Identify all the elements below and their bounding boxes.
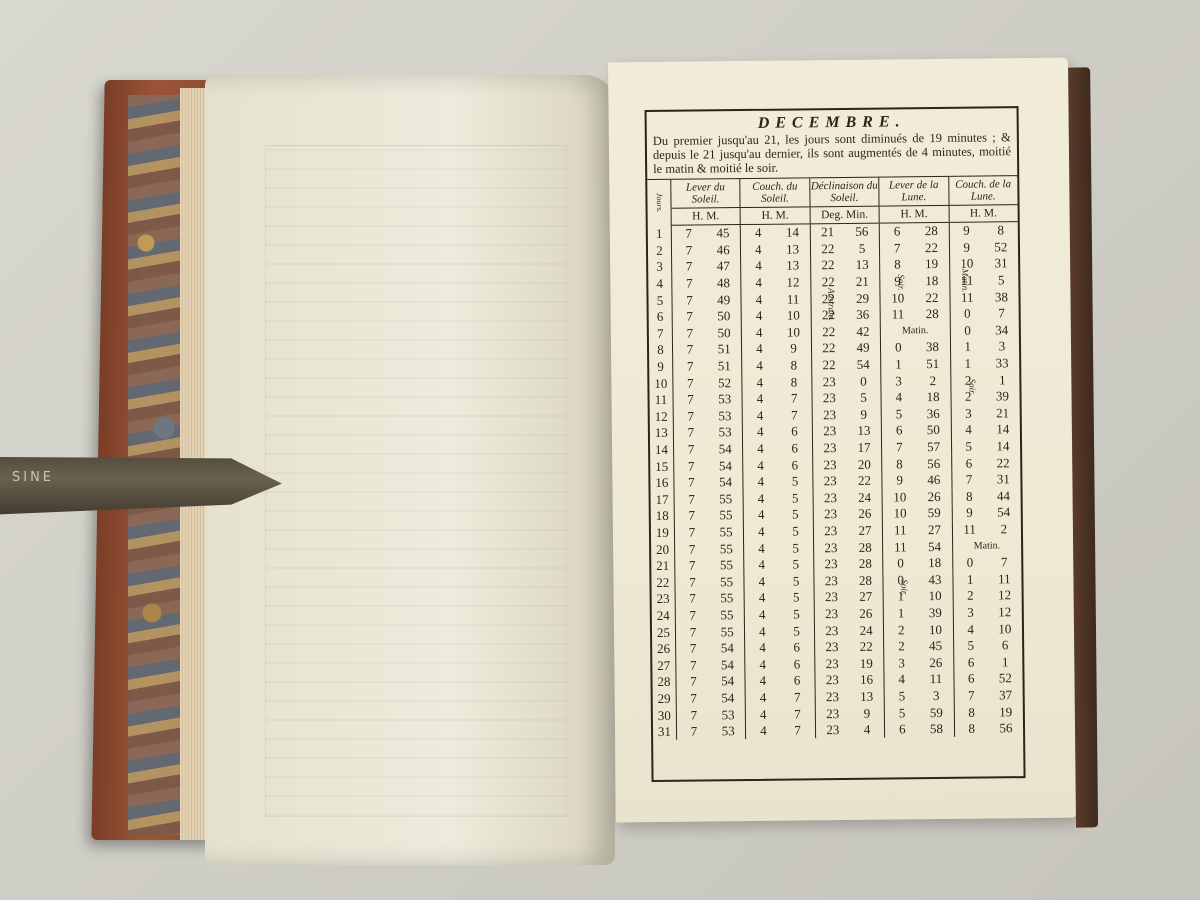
cell-sr-h: 7 — [674, 491, 709, 508]
cell-mr-h: 2 — [884, 621, 919, 638]
cell-dec-d: 23 — [814, 589, 849, 606]
cell-sr-m: 54 — [710, 673, 745, 690]
cell-sr-m: 53 — [708, 408, 743, 425]
cell-dec-m: 22 — [849, 638, 884, 655]
cell-mr-m: 58 — [919, 721, 954, 738]
cell-day: 21 — [651, 558, 675, 575]
cell-ms-h: 3 — [951, 405, 986, 422]
cell-sr-m: 46 — [706, 242, 741, 259]
cell-sr-m: 55 — [709, 507, 744, 524]
cell-dec-m: 13 — [850, 688, 885, 705]
cell-sr-h: 7 — [674, 507, 709, 524]
cell-sr-h: 7 — [674, 524, 709, 541]
cell-mr-m: 26 — [917, 488, 952, 505]
cell-sr-m: 53 — [711, 706, 746, 723]
cell-ms-m: 38 — [984, 289, 1018, 306]
cell-dec-d: 23 — [814, 639, 849, 656]
cell-mr-h: 6 — [879, 223, 914, 240]
cell-dec-d: 23 — [812, 440, 847, 457]
moonrise-soir-label: Soir. — [896, 274, 906, 290]
cell-sr-h: 7 — [671, 259, 706, 276]
cell-ms-m: 1 — [985, 371, 1019, 388]
cell-ms-m: 6 — [988, 637, 1022, 654]
cell-ss-h: 4 — [742, 407, 777, 424]
cell-dec-m: 4 — [850, 721, 885, 738]
cell-mr-m: 38 — [915, 339, 950, 356]
cell-ss-m: 10 — [776, 324, 811, 341]
cell-ms-h: 5 — [953, 637, 988, 654]
cell-sr-m: 50 — [707, 308, 742, 325]
cell-mr-h: 3 — [881, 373, 916, 390]
cell-sr-h: 7 — [673, 375, 708, 392]
cell-mr-m: 51 — [915, 356, 950, 373]
cell-dec-d: 23 — [815, 672, 850, 689]
cell-dec-d: 23 — [814, 606, 849, 623]
cell-ms-h: 1 — [950, 339, 985, 356]
cell-ss-m: 9 — [776, 340, 811, 357]
cell-ss-h: 4 — [744, 557, 779, 574]
book-cover-right-edge — [1068, 67, 1098, 827]
cell-ss-h: 4 — [745, 606, 780, 623]
cell-ss-m: 7 — [777, 390, 812, 407]
cell-sr-m: 54 — [708, 474, 743, 491]
cell-ss-h: 4 — [741, 308, 776, 325]
cell-ss-h: 4 — [741, 241, 776, 258]
cell-dec-m: 36 — [846, 307, 881, 324]
cell-mr-m: 59 — [917, 505, 952, 522]
cell-ss-h: 4 — [742, 374, 777, 391]
cell-mr-m: 46 — [917, 472, 952, 489]
cell-ms-m: 33 — [985, 355, 1019, 372]
cell-dec-m: 24 — [847, 489, 882, 506]
cell-ss-h: 4 — [745, 689, 780, 706]
cell-sr-m: 55 — [710, 607, 745, 624]
cell-dec-m: 9 — [847, 406, 882, 423]
cell-ss-h: 4 — [743, 457, 778, 474]
cell-sr-h: 7 — [675, 624, 710, 641]
cell-sr-m: 50 — [707, 325, 742, 342]
cell-dec-d: 23 — [812, 423, 847, 440]
left-page — [205, 75, 615, 865]
cell-ss-h: 4 — [745, 623, 780, 640]
cell-ss-m: 6 — [777, 440, 812, 457]
cell-sr-h: 7 — [672, 308, 707, 325]
cell-dec-d: 23 — [815, 705, 850, 722]
cell-dec-d: 23 — [813, 506, 848, 523]
cell-ss-m: 13 — [775, 241, 810, 258]
cell-mr-m: 22 — [914, 239, 949, 256]
cell-sr-h: 7 — [676, 690, 711, 707]
cell-sr-h: 7 — [676, 707, 711, 724]
cell-ms-m: 7 — [984, 305, 1018, 322]
cell-dec-m: 21 — [845, 273, 880, 290]
cell-sr-m: 55 — [709, 524, 744, 541]
almanac-table-frame: DECEMBRE. Du premier jusqu'au 21, les jo… — [645, 106, 1026, 782]
moonset-soir-label: Soir. — [967, 379, 977, 395]
knife-engraving: SINE — [12, 470, 54, 485]
cell-ms-h: 9 — [949, 222, 984, 239]
cell-sr-h: 7 — [672, 292, 707, 309]
cell-day: 1 — [648, 225, 672, 242]
cell-mr-h: 8 — [882, 456, 917, 473]
cell-ms-m: 11 — [987, 571, 1021, 588]
cell-dec-m: 22 — [847, 472, 882, 489]
cell-mr-h: 5 — [881, 406, 916, 423]
cell-ss-h: 4 — [742, 391, 777, 408]
cell-mr-h: 1 — [883, 605, 918, 622]
cell-dec-m: 5 — [845, 240, 880, 257]
cell-sr-h: 7 — [672, 358, 707, 375]
sub-header-sunrise: H. M. — [671, 208, 741, 226]
cell-sr-h: 7 — [675, 557, 710, 574]
cell-ms-h: 6 — [951, 455, 986, 472]
cell-sr-m: 53 — [711, 723, 746, 740]
cell-ms-h: 3 — [953, 604, 988, 621]
cell-sr-h: 7 — [676, 657, 711, 674]
cell-dec-d: 23 — [812, 390, 847, 407]
cell-day: 3 — [648, 259, 672, 276]
cell-ms-m: 37 — [988, 687, 1022, 704]
cell-ss-m: 13 — [776, 258, 811, 275]
cell-mr-m: 3 — [919, 687, 954, 704]
cell-sr-h: 7 — [672, 342, 707, 359]
cell-ms-h: 4 — [951, 422, 986, 439]
cell-ms-h: 8 — [952, 488, 987, 505]
cell-day: 31 — [653, 724, 677, 741]
cell-dec-d: 23 — [813, 523, 848, 540]
cell-ss-h: 4 — [743, 440, 778, 457]
cell-ms-h: 6 — [954, 671, 989, 688]
cell-mr-m: 18 — [916, 389, 951, 406]
cell-ss-h: 4 — [746, 706, 781, 723]
cell-mr-m: 10 — [918, 588, 953, 605]
cell-ms-m: 31 — [986, 471, 1020, 488]
cell-ss-h: 4 — [741, 274, 776, 291]
cell-ss-m: 5 — [778, 490, 813, 507]
cell-ms-m: 12 — [988, 604, 1022, 621]
cell-dec-d: 23 — [812, 456, 847, 473]
cell-mr-m: 39 — [918, 605, 953, 622]
cell-ss-h: 4 — [744, 523, 779, 540]
cell-ss-h: 4 — [744, 573, 779, 590]
cell-ss-m: 12 — [776, 274, 811, 291]
cell-day: 28 — [652, 674, 676, 691]
cell-day: 5 — [648, 292, 672, 309]
cell-day: 18 — [651, 508, 675, 525]
almanac-table: Jours. Lever du Soleil. Couch. du Soleil… — [647, 176, 1023, 740]
cell-dec-m: 13 — [845, 257, 880, 274]
cell-mr-m: 2 — [916, 372, 951, 389]
cell-dec-m: 54 — [846, 356, 881, 373]
cell-ss-m: 5 — [779, 589, 814, 606]
cell-day: 8 — [649, 342, 673, 359]
cell-mr-h: 11 — [883, 538, 918, 555]
cell-day: 7 — [649, 325, 673, 342]
cell-dec-d: 23 — [813, 556, 848, 573]
cell-sr-h: 7 — [675, 640, 710, 657]
cell-ss-m: 7 — [780, 706, 815, 723]
cell-ms-h: Matin. — [952, 537, 1021, 554]
cell-mr-m: 10 — [918, 621, 953, 638]
cell-ms-m: 10 — [988, 620, 1022, 637]
cell-sr-h: 7 — [676, 723, 711, 740]
cell-ss-m: 7 — [777, 407, 812, 424]
cell-dec-d: 22 — [811, 340, 846, 357]
cell-day: 11 — [649, 392, 673, 409]
cell-ms-h: 6 — [953, 654, 988, 671]
cell-mr-h: 0 — [881, 339, 916, 356]
cell-sr-m: 54 — [708, 457, 743, 474]
cell-dec-m: 20 — [847, 456, 882, 473]
cell-sr-h: 7 — [674, 541, 709, 558]
cell-sr-m: 53 — [708, 424, 743, 441]
cell-ms-m: 14 — [986, 438, 1020, 455]
cell-sr-m: 49 — [706, 291, 741, 308]
cell-ss-h: 4 — [745, 640, 780, 657]
cell-dec-m: 26 — [848, 506, 883, 523]
sub-header-sunset: H. M. — [740, 207, 810, 225]
cell-mr-h: 2 — [884, 638, 919, 655]
cell-day: 30 — [653, 707, 677, 724]
cell-ms-m: 56 — [989, 720, 1023, 737]
cell-mr-m: 45 — [918, 638, 953, 655]
cell-mr-h: 6 — [885, 721, 920, 738]
moonrise-soir-label-2: Soir. — [899, 579, 909, 595]
cell-ms-m: 21 — [985, 405, 1019, 422]
cell-mr-h: 1 — [881, 356, 916, 373]
declination-note: Australe. — [826, 288, 836, 321]
cell-ms-m: 22 — [986, 454, 1020, 471]
cell-sr-m: 52 — [707, 374, 742, 391]
cell-day: 17 — [651, 491, 675, 508]
cell-day: 27 — [652, 657, 676, 674]
cell-mr-h: 9 — [882, 472, 917, 489]
cell-ss-h: 4 — [742, 357, 777, 374]
cell-dec-m: 27 — [848, 522, 883, 539]
cell-dec-d: 23 — [813, 473, 848, 490]
cell-ms-m: 8 — [984, 222, 1018, 239]
cell-mr-m: 11 — [919, 671, 954, 688]
cell-mr-m: 22 — [915, 289, 950, 306]
cell-ss-m: 5 — [778, 473, 813, 490]
cell-ms-m: 14 — [986, 421, 1020, 438]
cell-dec-d: 23 — [812, 373, 847, 390]
cell-sr-h: 7 — [671, 242, 706, 259]
cell-ss-h: 4 — [743, 474, 778, 491]
cell-ss-m: 5 — [779, 540, 814, 557]
cell-ss-h: 4 — [745, 673, 780, 690]
cell-mr-h: 7 — [882, 439, 917, 456]
cell-dec-m: 28 — [848, 539, 883, 556]
cell-ms-h: 1 — [952, 571, 987, 588]
cell-ss-m: 5 — [779, 573, 814, 590]
cell-ms-h: 5 — [951, 438, 986, 455]
cell-sr-m: 54 — [710, 656, 745, 673]
header-row: Jours. Lever du Soleil. Couch. du Soleil… — [647, 176, 1017, 208]
cell-sr-m: 54 — [708, 441, 743, 458]
cell-ms-h: 0 — [950, 322, 985, 339]
cell-ms-h: 8 — [954, 704, 989, 721]
cell-ms-h: 9 — [952, 505, 987, 522]
cell-ms-h: 11 — [952, 521, 987, 538]
cell-ss-m: 10 — [776, 307, 811, 324]
cell-dec-m: 9 — [850, 705, 885, 722]
cell-day: 29 — [653, 690, 677, 707]
cell-day: 15 — [650, 458, 674, 475]
cell-ss-m: 5 — [779, 556, 814, 573]
cell-ms-h: 1 — [950, 355, 985, 372]
cell-dec-d: 22 — [811, 324, 846, 341]
cell-dec-m: 24 — [849, 622, 884, 639]
cell-mr-m: 28 — [915, 306, 950, 323]
cell-ss-h: 4 — [741, 291, 776, 308]
cell-ms-h: 9 — [949, 239, 984, 256]
cell-sr-m: 54 — [711, 690, 746, 707]
cell-dec-d: 23 — [815, 689, 850, 706]
cell-ss-h: 4 — [744, 590, 779, 607]
cell-mr-h: 5 — [884, 704, 919, 721]
cell-dec-d: 23 — [815, 722, 850, 739]
cell-ms-m: 44 — [986, 488, 1020, 505]
cell-ss-m: 5 — [778, 523, 813, 540]
cell-ms-m: 31 — [984, 255, 1018, 272]
cell-sr-h: 7 — [673, 441, 708, 458]
cell-ss-m: 5 — [778, 506, 813, 523]
cell-ms-m: 2 — [987, 521, 1021, 538]
cell-ss-m: 7 — [780, 722, 815, 739]
show-through-text — [265, 145, 567, 817]
col-header-sunrise: Lever du Soleil. — [671, 179, 741, 208]
cell-mr-m: 19 — [914, 256, 949, 273]
cell-day: 19 — [651, 524, 675, 541]
cell-sr-m: 51 — [707, 341, 742, 358]
cell-sr-h: 7 — [673, 408, 708, 425]
cell-mr-m: 36 — [916, 405, 951, 422]
cell-mr-m: 57 — [916, 439, 951, 456]
cell-ss-h: 4 — [742, 324, 777, 341]
cell-sr-m: 55 — [709, 491, 744, 508]
cell-ms-m: 52 — [984, 239, 1018, 256]
table-row: 3175347234658856 — [653, 720, 1023, 740]
cell-dec-m: 49 — [846, 340, 881, 357]
cell-sr-h: 7 — [674, 458, 709, 475]
cell-mr-m: 50 — [916, 422, 951, 439]
cell-ss-m: 14 — [775, 224, 810, 241]
cell-mr-h: 7 — [880, 240, 915, 257]
cell-mr-m: 18 — [915, 273, 950, 290]
cell-dec-d: 23 — [814, 622, 849, 639]
cell-ss-h: 4 — [743, 490, 778, 507]
cell-mr-m: 54 — [917, 538, 952, 555]
cell-sr-m: 48 — [706, 275, 741, 292]
cell-sr-h: 7 — [675, 590, 710, 607]
cell-ms-h: 4 — [953, 621, 988, 638]
cell-mr-h: 4 — [881, 389, 916, 406]
cell-dec-m: 0 — [846, 373, 881, 390]
cell-sr-h: 7 — [675, 574, 710, 591]
cell-ms-m: 19 — [989, 703, 1023, 720]
cell-ss-h: 4 — [742, 341, 777, 358]
cell-day: 25 — [652, 624, 676, 641]
cell-ss-m: 6 — [780, 656, 815, 673]
cell-day: 23 — [652, 591, 676, 608]
cell-mr-m: 59 — [919, 704, 954, 721]
col-header-sunset: Couch. du Soleil. — [740, 178, 810, 207]
cell-mr-h: 10 — [882, 505, 917, 522]
cell-ms-m: 34 — [985, 322, 1019, 339]
moonset-matin-label: Matin. — [960, 269, 970, 293]
cell-mr-m: 56 — [917, 455, 952, 472]
cell-dec-m: 13 — [847, 423, 882, 440]
cell-ms-h: 7 — [954, 687, 989, 704]
cell-ss-m: 6 — [778, 457, 813, 474]
cell-dec-d: 22 — [810, 241, 845, 258]
cell-ms-h: 2 — [953, 588, 988, 605]
cell-sr-h: 7 — [673, 425, 708, 442]
cell-mr-m: 28 — [914, 222, 949, 239]
cell-day: 4 — [648, 276, 672, 293]
col-header-days: Jours. — [647, 180, 671, 226]
cell-dec-m: 5 — [846, 390, 881, 407]
cell-day: 6 — [649, 309, 673, 326]
cell-mr-h: 0 — [883, 555, 918, 572]
cell-mr-h: 10 — [880, 290, 915, 307]
cell-dec-m: 17 — [847, 439, 882, 456]
cell-ms-h: 8 — [954, 720, 989, 737]
cell-sr-m: 55 — [709, 557, 744, 574]
cell-ss-m: 6 — [780, 672, 815, 689]
cell-mr-h: 11 — [880, 306, 915, 323]
cell-ms-m: 54 — [986, 504, 1020, 521]
cell-ss-h: 4 — [741, 258, 776, 275]
cell-mr-h: 10 — [882, 489, 917, 506]
cell-sr-m: 54 — [710, 640, 745, 657]
col-header-declination: Déclinaison du Soleil. — [809, 178, 879, 207]
cell-mr-m: 26 — [919, 654, 954, 671]
cell-ss-m: 5 — [779, 606, 814, 623]
cell-sr-m: 45 — [706, 225, 741, 242]
cell-ms-m: 5 — [984, 272, 1018, 289]
cell-mr-h: 6 — [881, 422, 916, 439]
cell-sr-h: 7 — [672, 325, 707, 342]
cell-mr-m: 27 — [917, 522, 952, 539]
cell-ss-m: 6 — [777, 423, 812, 440]
cell-dec-d: 22 — [810, 257, 845, 274]
cell-ss-h: 4 — [743, 424, 778, 441]
cell-sr-h: 7 — [674, 474, 709, 491]
cell-sr-h: 7 — [671, 225, 706, 242]
col-header-moonset: Couch. de la Lune. — [948, 176, 1017, 205]
cell-sr-m: 55 — [710, 590, 745, 607]
right-page: DECEMBRE. Du premier jusqu'au 21, les jo… — [608, 58, 1076, 823]
sub-header-moonrise: H. M. — [879, 205, 949, 223]
cell-ss-m: 8 — [777, 357, 812, 374]
cell-sr-m: 55 — [709, 574, 744, 591]
cell-mr-h: 3 — [884, 655, 919, 672]
cell-sr-h: 7 — [672, 275, 707, 292]
cell-day: 16 — [650, 475, 674, 492]
cell-mr-m: 18 — [918, 555, 953, 572]
cell-dec-m: 28 — [848, 572, 883, 589]
cell-ss-m: 11 — [776, 291, 811, 308]
cell-dec-m: 42 — [846, 323, 881, 340]
cell-day: 12 — [650, 408, 674, 425]
intro-paragraph: Du premier jusqu'au 21, les jours sont d… — [647, 130, 1017, 180]
cell-ms-m: 1 — [988, 654, 1022, 671]
cell-mr-h: 4 — [884, 671, 919, 688]
cell-dec-d: 23 — [813, 489, 848, 506]
sub-header-declination: Deg. Min. — [810, 206, 880, 224]
